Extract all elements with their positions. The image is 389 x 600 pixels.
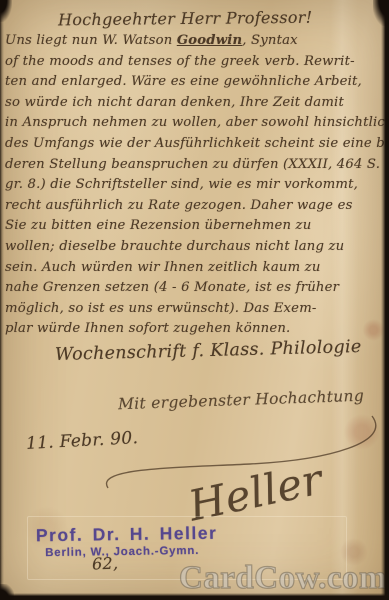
body-line: of the moods and tenses of the greek ver… [5,52,385,73]
body-line: deren Stellung beanspruchen zu dürfen (X… [5,155,385,176]
body-line: sein. Auch würden wir Ihnen zeitlich kau… [5,258,385,279]
body-line: Sie zu bitten eine Rezension übernehmen … [5,216,385,237]
letter-body: Uns liegt nun W. Watson Goodwin, Syntax … [5,31,385,340]
body-line: möglich, so ist es uns erwünscht). Das E… [5,299,385,320]
scan-edge-left [0,0,4,600]
body-line: des Umfangs wie der Ausführlichkeit sche… [5,134,385,155]
journal-name-line: Wochenschrift f. Klass. Philologie [55,337,362,365]
body-line: gr. 8.) die Schriftsteller sind, wie es … [5,175,385,196]
body-line: wollen; dieselbe brauchte durchaus nicht… [5,237,385,258]
underlined-name: Goodwin [177,33,242,48]
opening-post: , Syntax [242,33,298,48]
body-line: recht ausführlich zu Rate gezogen. Daher… [5,196,385,217]
body-line: plar würde Ihnen sofort zugehen können. [5,319,385,340]
date-line: 11. Febr. 90. [26,428,139,454]
opening-line: Uns liegt nun W. Watson Goodwin, Syntax [5,31,385,52]
postcard-scan: Hochgeehrter Herr Professor! Uns liegt n… [0,0,389,600]
cardcow-watermark: CardCow.com [179,560,387,597]
stamp-address-line: Berlin, W., Joach.-Gymn. [45,545,218,559]
body-line: so würde ich nicht daran denken, Ihre Ze… [5,93,385,114]
stamp-name-line: Prof. Dr. H. Heller [36,523,218,547]
salutation-line: Hochgeehrter Herr Professor! [58,8,313,30]
scan-edge-bottom [0,593,389,600]
scan-corner-bottom-left [0,584,14,600]
body-line: in Anspruch nehmen zu wollen, aber sowoh… [5,113,385,134]
closing-line: Mit ergebenster Hochachtung [118,387,365,414]
body-line: ten and enlarged. Wäre es eine gewöhnlic… [5,72,385,93]
scan-corner-top-right [373,0,389,26]
opening-pre: Uns liegt nun W. Watson [5,33,177,48]
scan-corner-top-left [0,0,12,22]
owner-stamp: Prof. Dr. H. Heller Berlin, W., Joach.-G… [36,523,218,560]
penciled-number: 62, [92,554,119,574]
scan-edge-right [381,0,389,600]
body-line: nahe Grenzen setzen (4 - 6 Monate, ist e… [5,278,385,299]
